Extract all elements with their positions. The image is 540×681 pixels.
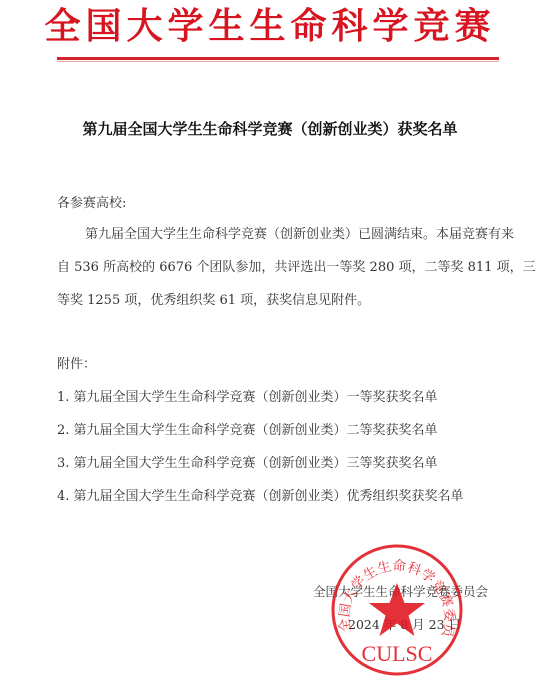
- body-line-1: 第九届全国大学生生命科学竞赛（创新创业类）已圆满结束。本届竞赛有来: [57, 223, 485, 242]
- star-icon: [369, 583, 425, 636]
- masthead-title: 全国大学生生命科学竞赛: [0, 4, 540, 48]
- body-line-3: 等奖 1255 项，优秀组织奖 61 项，获奖信息见附件。: [57, 289, 370, 308]
- masthead-divider-thin: [57, 61, 499, 62]
- attachment-item-1: 1. 第九届全国大学生生命科学竞赛（创新创业类）一等奖获奖名单: [57, 386, 438, 405]
- body-line-2: 自 536 所高校的 6676 个团队参加，共评选出一等奖 280 项，二等奖 …: [57, 256, 485, 275]
- attachment-item-4: 4. 第九届全国大学生生命科学竞赛（创新创业类）优秀组织奖获奖名单: [57, 485, 464, 504]
- attachment-item-2: 2. 第九届全国大学生生命科学竞赛（创新创业类）二等奖获奖名单: [57, 419, 438, 438]
- masthead-divider: [57, 57, 499, 60]
- attachment-item-3: 3. 第九届全国大学生生命科学竞赛（创新创业类）三等奖获奖名单: [57, 452, 438, 471]
- seal-abbr: CULSC: [362, 641, 433, 666]
- salutation: 各参赛高校:: [57, 192, 126, 211]
- attachments-label: 附件：: [57, 353, 96, 372]
- official-seal: 全国大学生生命科学竞赛委员会 CULSC: [330, 543, 464, 677]
- document-title: 第九届全国大学生生命科学竞赛（创新创业类）获奖名单: [0, 118, 540, 139]
